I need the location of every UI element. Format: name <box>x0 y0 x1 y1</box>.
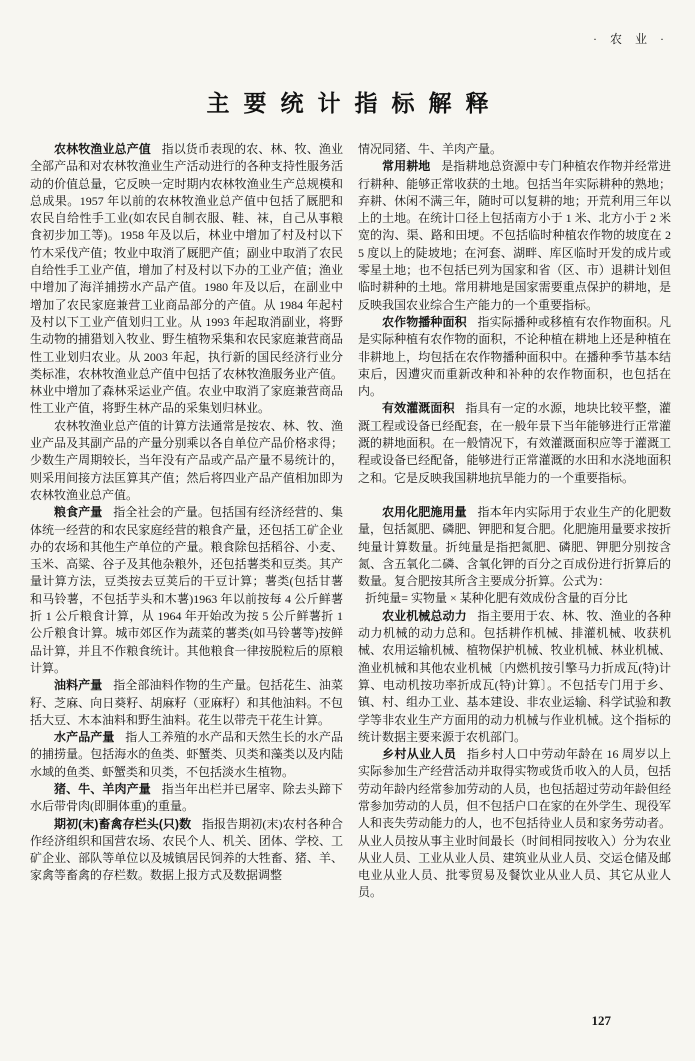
right-column: 情况同猪、牛、羊肉产量。常用耕地是指耕地总资源中专门种植农作物并经常进行耕种、能… <box>358 141 671 1015</box>
definition-paragraph: 常用耕地是指耕地总资源中专门种植农作物并经常进行耕种、能够正常收获的土地。包括当… <box>358 158 671 314</box>
indicator-term: 油料产量 <box>54 678 102 692</box>
indicator-term: 常用耕地 <box>382 159 430 173</box>
section-header: · 农 业 · <box>593 30 669 47</box>
definition-paragraph: 猪、牛、羊肉产量指当年出栏并已屠宰、除去头蹄下水后带骨肉(即胴体重)的重量。 <box>30 781 343 816</box>
indicator-term: 猪、牛、羊肉产量 <box>54 782 151 796</box>
indicator-term: 粮食产量 <box>54 505 102 519</box>
indicator-term: 农用化肥施用量 <box>382 505 467 519</box>
definition-paragraph: 有效灌溉面积指具有一定的水源，地块比较平整，灌溉工程或设备已经配套，在一般年景下… <box>358 400 671 486</box>
page-title: 主要统计指标解释 <box>0 85 695 118</box>
indicator-term: 有效灌溉面积 <box>382 401 455 415</box>
indicator-term: 农业机械总动力 <box>382 609 467 623</box>
paragraph: 情况同猪、牛、羊肉产量。 <box>358 141 671 158</box>
definition-paragraph: 粮食产量指全社会的产量。包括国有经济经营的、集体统一经营的和农民家庭经营的粮食产… <box>30 504 343 677</box>
left-column: 农林牧渔业总产值指以货币表现的农、林、牧、渔业全部产品和对农林牧渔业生产活动进行… <box>30 141 343 1015</box>
paragraph: 农林牧渔业总产值的计算方法通常是按农、林、牧、渔业产品及其副产品的产量分别乘以各… <box>30 418 343 504</box>
definition-paragraph: 农林牧渔业总产值指以货币表现的农、林、牧、渔业全部产品和对农林牧渔业生产活动进行… <box>30 141 343 418</box>
definition-paragraph: 农业机械总动力指主要用于农、林、牧、渔业的各种动力机械的动力总和。包括耕作机械、… <box>358 608 671 746</box>
indicator-term: 农作物播种面积 <box>382 315 467 329</box>
definition-paragraph: 农用化肥施用量指本年内实际用于农业生产的化肥数量，包括氮肥、磷肥、钾肥和复合肥。… <box>358 504 671 590</box>
formula-line: 折纯量= 实物量 × 某种化肥有效成份含量的百分比 <box>358 590 671 607</box>
definition-paragraph: 期初(末)畜禽存栏头(只)数指报告期初(末)农村各种合作经济组织和国营农场、农民… <box>30 816 343 885</box>
indicator-term: 乡村从业人员 <box>382 747 456 761</box>
page-number: 127 <box>592 1013 612 1029</box>
indicator-term: 水产品产量 <box>54 730 115 744</box>
definition-paragraph: 水产品产量指人工养殖的水产品和天然生长的水产品的捕捞量。包括海水的鱼类、虾蟹类、… <box>30 729 343 781</box>
indicator-term: 农林牧渔业总产值 <box>54 142 151 156</box>
document-page: · 农 业 · 主要统计指标解释 农林牧渔业总产值指以货币表现的农、林、牧、渔业… <box>0 0 695 1061</box>
two-column-text: 农林牧渔业总产值指以货币表现的农、林、牧、渔业全部产品和对农林牧渔业生产活动进行… <box>30 141 671 1015</box>
definition-paragraph: 农作物播种面积指实际播种或移植有农作物面积。凡是实际种植有农作物的面积，不论种植… <box>358 314 671 400</box>
definition-paragraph: 乡村从业人员指乡村人口中劳动年龄在 16 周岁以上实际参加生产经营活动并取得实物… <box>358 746 671 902</box>
definition-paragraph: 油料产量指全部油料作物的生产量。包括花生、油菜籽、芝麻、向日葵籽、胡麻籽（亚麻籽… <box>30 677 343 729</box>
indicator-term: 期初(末)畜禽存栏头(只)数 <box>54 817 191 831</box>
